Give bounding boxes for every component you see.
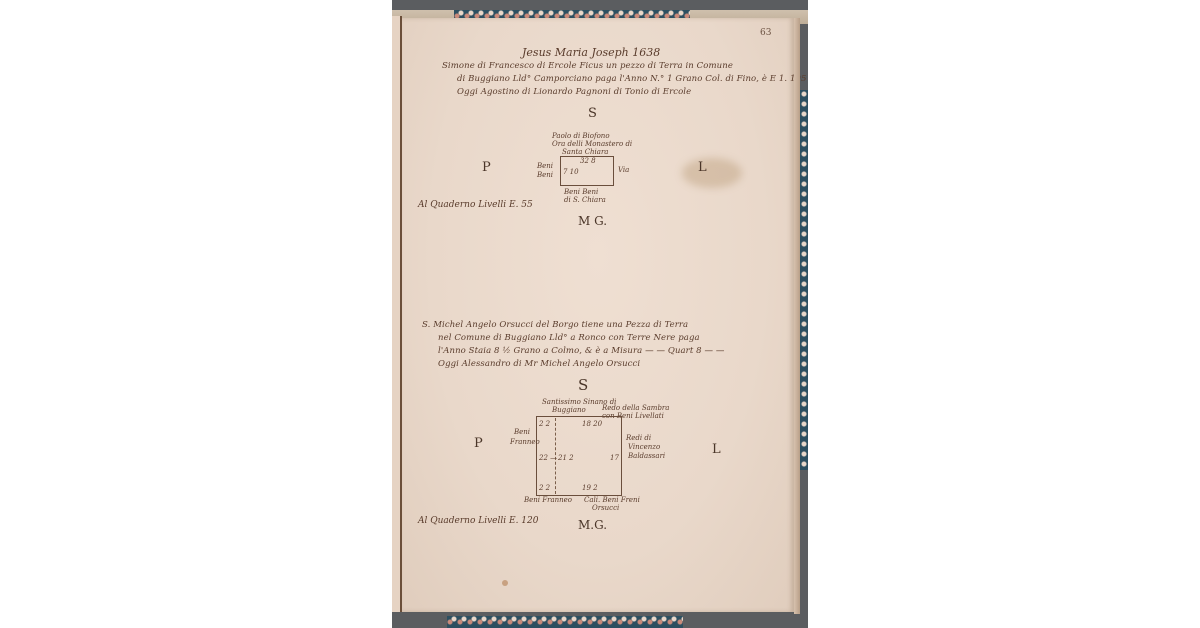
plot2-label-top-right: Redo della Sambra (602, 404, 669, 412)
plot1-measure: 32 8 (580, 157, 596, 165)
gutter-strip (392, 16, 402, 612)
plot2-label-right: Vincenzo (628, 443, 660, 451)
plot2-label-left: Franneo (510, 438, 540, 446)
plot1-label-top: Paolo di Biofono (552, 132, 610, 140)
folio-number: 63 (760, 28, 771, 38)
plot2-measure: 2 2 (539, 484, 550, 492)
entry1-line3: Oggi Agostino di Lionardo Pagnoni di Ton… (457, 87, 691, 97)
marbled-endpaper-right (800, 90, 808, 470)
entry1-reference: Al Quaderno Livelli E. 55 (418, 200, 533, 210)
entry2-line3: l'Anno Staia 8 ½ Grano a Colmo, & è a Mi… (438, 346, 724, 356)
foxing-spot (502, 580, 508, 586)
plot2-label-bottom-right: Orsucci (592, 504, 619, 512)
compass-east-1: L (698, 160, 707, 175)
compass-south-1: M G. (578, 214, 607, 228)
manuscript-scan: 63 Jesus Maria Joseph 1638 Simone di Fra… (392, 0, 808, 628)
entry2-line4: Oggi Alessandro di Mr Michel Angelo Orsu… (438, 359, 640, 369)
entry1-line2: di Buggiano Lld° Camporciano paga l'Anno… (457, 74, 807, 84)
compass-south-2: M.G. (578, 518, 607, 532)
compass-north-1: S (588, 106, 597, 121)
plot2-measure: 19 2 (582, 484, 598, 492)
compass-east-2: L (712, 442, 721, 457)
plot1-measure: 7 10 (563, 168, 579, 176)
plot1-label-right: Via (618, 166, 629, 174)
plot1-label-bottom: Beni Beni (564, 188, 598, 196)
plot2-measure: 17 (610, 454, 619, 462)
water-stain (682, 158, 742, 188)
plot2-measure: 22 — (539, 454, 557, 462)
plot1-label-top: Ora delli Monastero di (552, 140, 632, 148)
compass-west-2: P (474, 436, 483, 451)
plot2-label-bottom-left: Beni Franneo (524, 496, 572, 504)
plot1-label-bottom: di S. Chiara (564, 196, 606, 204)
plot1-label-left: Beni (537, 162, 553, 170)
page-heading: Jesus Maria Joseph 1638 (522, 46, 660, 59)
plot2-measure: 21 2 (558, 454, 574, 462)
entry1-line1: Simone di Francesco di Ercole Ficus un p… (442, 61, 733, 71)
plot2-label-right: Baldassari (628, 452, 665, 460)
compass-west-1: P (482, 160, 491, 175)
plot1-label-left: Beni (537, 171, 553, 179)
compass-north-2: S (578, 376, 588, 394)
entry2-line1: S. Michel Angelo Orsucci del Borgo tiene… (422, 320, 688, 330)
entry2-reference: Al Quaderno Livelli E. 120 (418, 516, 538, 526)
plot1-label-top: Santa Chiara (562, 148, 608, 156)
plot2-label-top-left: Buggiano (552, 406, 586, 414)
entry2-line2: nel Comune di Buggiano Lld° a Ronco con … (438, 333, 700, 343)
plot2-measure: 18 20 (582, 420, 602, 428)
manuscript-page: 63 Jesus Maria Joseph 1638 Simone di Fra… (402, 18, 794, 612)
plot2-measure: 2 2 (539, 420, 550, 428)
plot2-label-bottom-right: Cali. Beni Freni (584, 496, 640, 504)
marbled-endpaper-bottom (447, 616, 683, 628)
plot2-label-right: Redi di (626, 434, 651, 442)
plot2-label-left: Beni (514, 428, 530, 436)
